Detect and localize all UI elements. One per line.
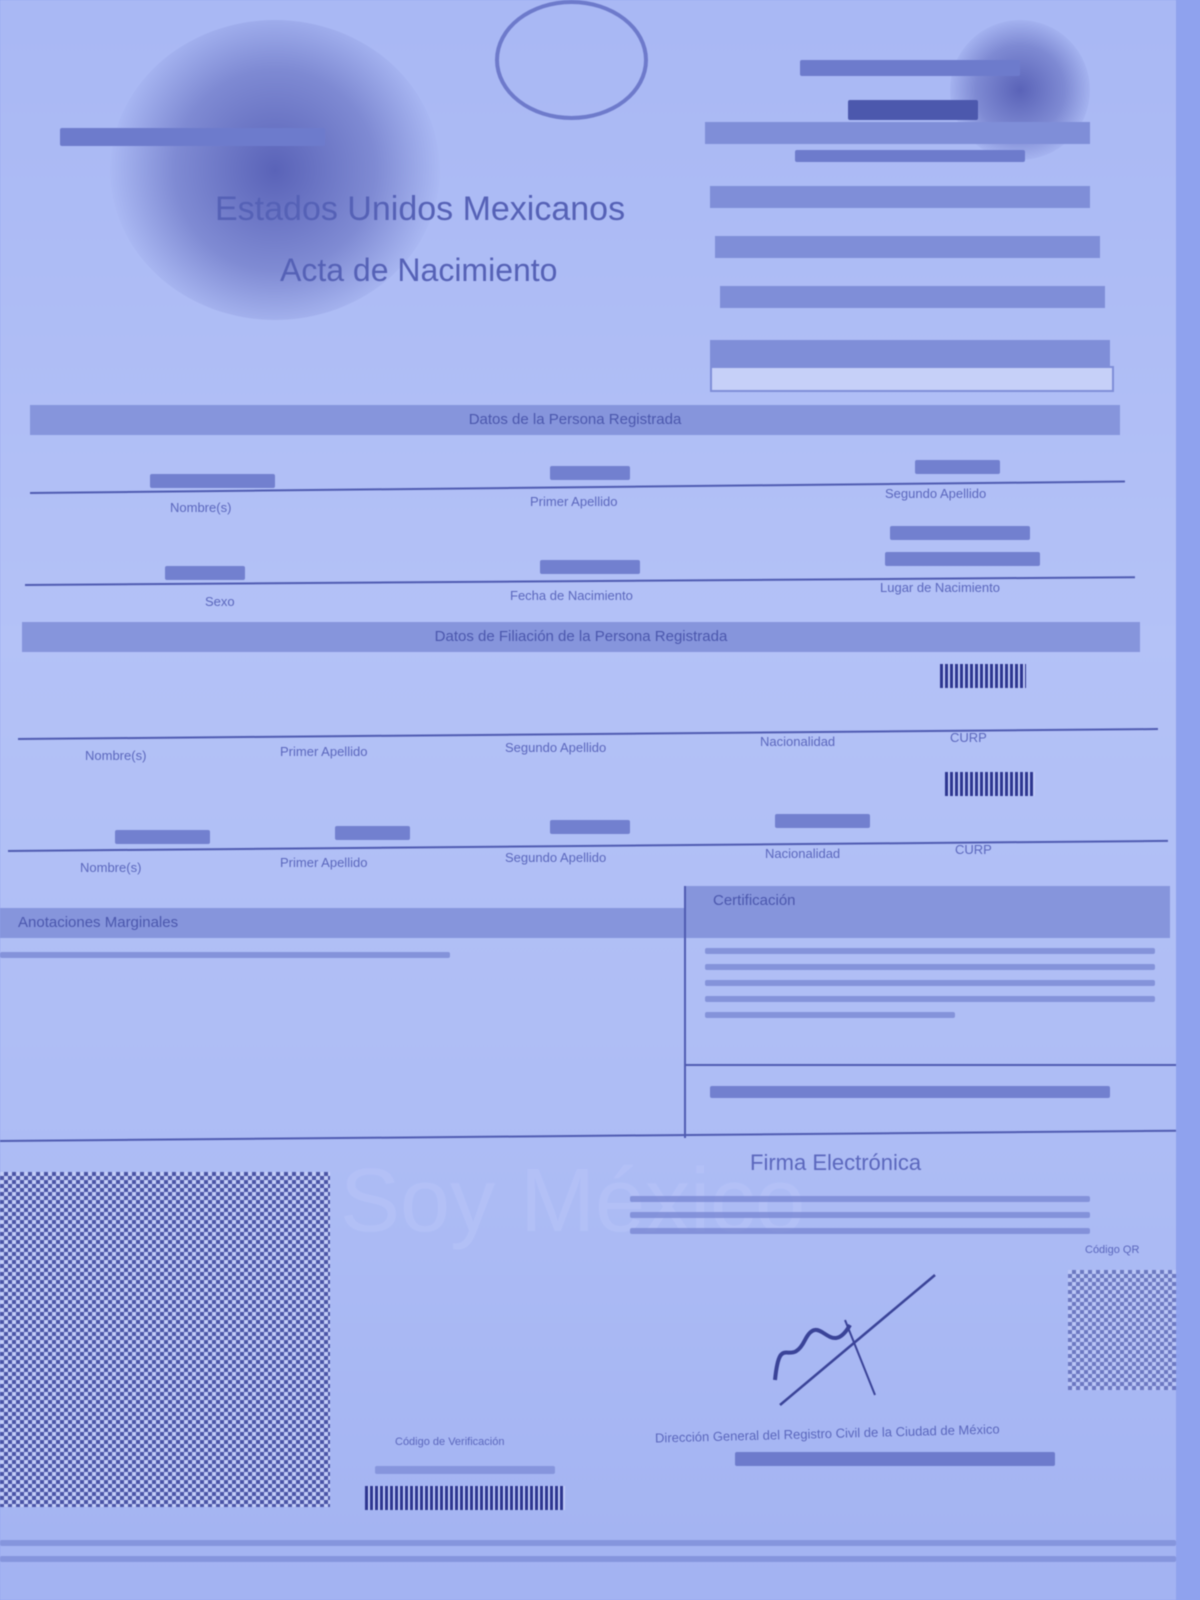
label-second-surname: Segundo Apellido bbox=[885, 486, 986, 501]
divider bbox=[684, 886, 686, 1138]
label-given-names: Nombre(s) bbox=[170, 500, 231, 515]
redacted-given-names bbox=[150, 474, 275, 488]
label-parent1-second-surname: Segundo Apellido bbox=[505, 740, 606, 755]
redacted-parent2-given-names bbox=[115, 830, 210, 844]
label-parent2-second-surname: Segundo Apellido bbox=[505, 850, 606, 865]
electronic-signature-heading: Firma Electrónica bbox=[750, 1150, 921, 1176]
redacted-birth-place-2 bbox=[885, 552, 1040, 566]
label-parent2-nationality: Nacionalidad bbox=[765, 846, 840, 861]
section-certification: Certificación bbox=[685, 886, 1170, 938]
redacted-verification-code bbox=[375, 1466, 555, 1474]
label-parent1-first-surname: Primer Apellido bbox=[280, 744, 367, 759]
label-parent2-first-surname: Primer Apellido bbox=[280, 855, 367, 870]
label-parent2-curp: CURP bbox=[955, 842, 992, 857]
redacted-birth-date bbox=[540, 560, 640, 574]
redacted-verification-barcode bbox=[365, 1486, 565, 1510]
redacted-certification-date bbox=[710, 1086, 1110, 1098]
label-first-surname: Primer Apellido bbox=[530, 494, 617, 509]
redacted-second-surname bbox=[915, 460, 1000, 474]
redacted-folio bbox=[60, 128, 325, 146]
redacted-security-pattern bbox=[0, 1172, 330, 1507]
section-parents: Datos de Filiación de la Persona Registr… bbox=[22, 622, 1140, 652]
divider bbox=[18, 728, 1158, 740]
redacted-curp-barcode bbox=[940, 664, 1026, 688]
redacted-official-name bbox=[735, 1452, 1055, 1466]
redacted-marginal-note bbox=[0, 952, 450, 958]
redacted-sex bbox=[165, 566, 245, 580]
divider bbox=[0, 1130, 1176, 1142]
label-parent2-given-names: Nombre(s) bbox=[80, 860, 141, 875]
label-sex: Sexo bbox=[205, 594, 235, 609]
redacted-parent2-first-surname bbox=[335, 826, 410, 840]
label-parent1-nationality: Nacionalidad bbox=[760, 734, 835, 749]
document-title: Acta de Nacimiento bbox=[280, 252, 557, 289]
redacted-qr-code bbox=[1068, 1270, 1176, 1390]
birth-certificate-sheet: Estados Unidos Mexicanos Acta de Nacimie… bbox=[0, 0, 1176, 1600]
label-birth-date: Fecha de Nacimiento bbox=[510, 588, 633, 603]
signature-icon bbox=[760, 1270, 950, 1420]
redacted-curp-barcode bbox=[945, 772, 1035, 796]
country-title: Estados Unidos Mexicanos bbox=[215, 190, 625, 229]
label-parent1-curp: CURP bbox=[950, 730, 987, 745]
redacted-parent2-second-surname bbox=[550, 820, 630, 834]
label-birth-place: Lugar de Nacimiento bbox=[880, 580, 1000, 595]
redacted-parent2-nationality bbox=[775, 814, 870, 828]
label-parent1-given-names: Nombre(s) bbox=[85, 748, 146, 763]
national-seal-icon bbox=[495, 0, 648, 120]
divider bbox=[686, 1064, 1176, 1066]
redacted-first-surname bbox=[550, 466, 630, 480]
verification-label: Código de Verificación bbox=[395, 1436, 504, 1448]
section-registrant: Datos de la Persona Registrada bbox=[30, 405, 1120, 435]
registry-office: Dirección General del Registro Civil de … bbox=[655, 1421, 1000, 1445]
section-marginal-notes: Anotaciones Marginales bbox=[0, 908, 685, 938]
qr-label: Código QR bbox=[1085, 1244, 1139, 1256]
redacted-birth-place bbox=[890, 526, 1030, 540]
